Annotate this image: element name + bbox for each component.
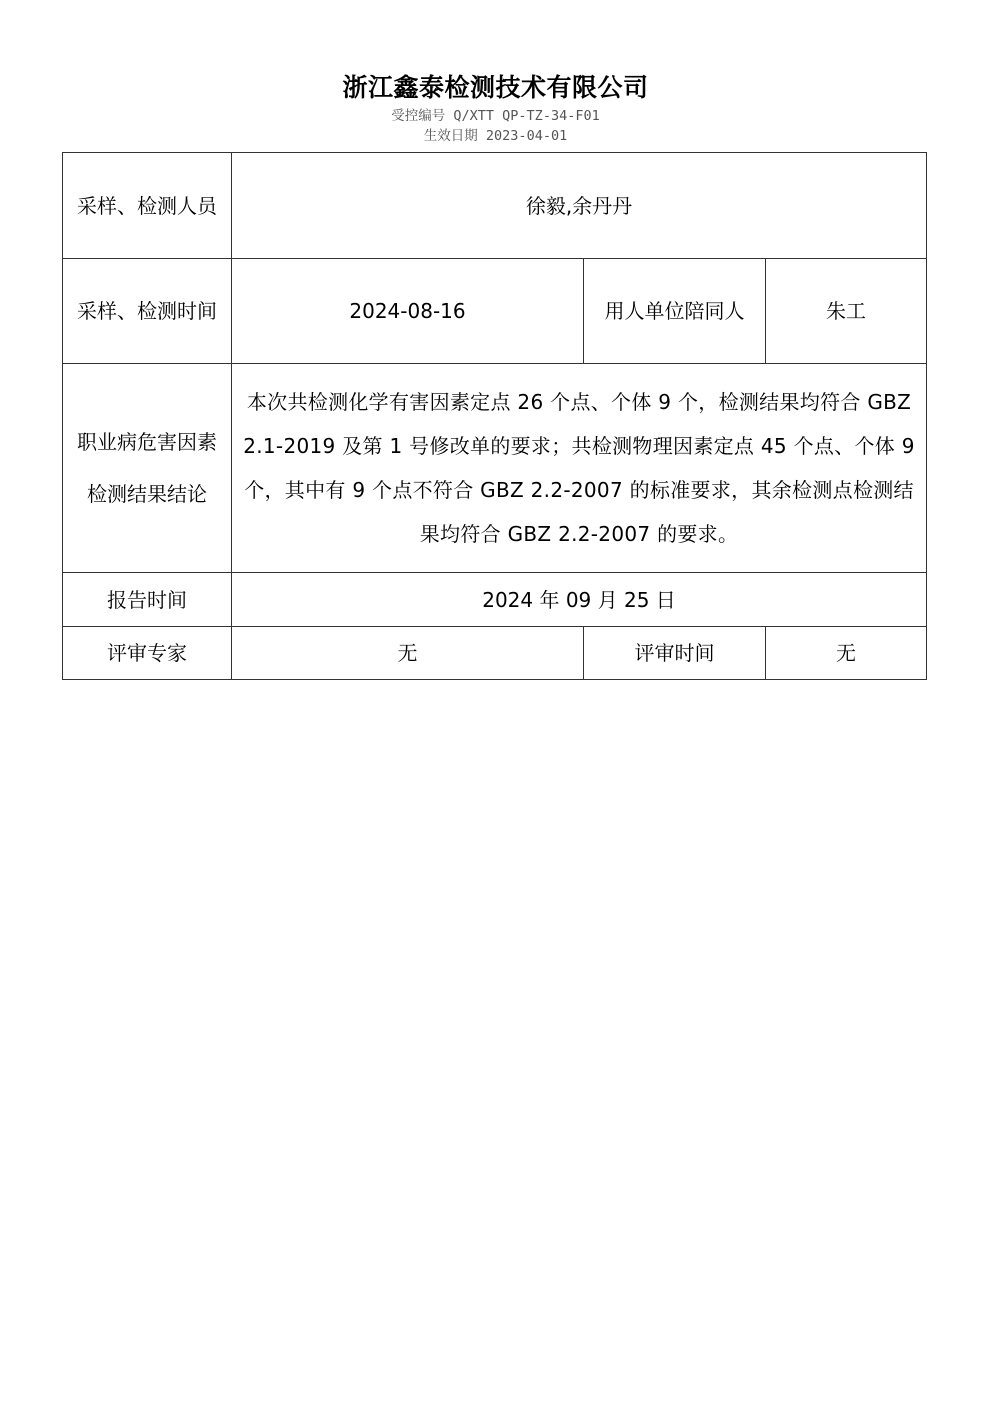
inspection-info-table: 采样、检测人员 徐毅,余丹丹 采样、检测时间 2024-08-16 用人单位陪同… — [62, 152, 927, 680]
conclusion-text: 本次共检测化学有害因素定点 26 个点、个体 9 个，检测结果均符合 GBZ 2… — [232, 364, 927, 573]
document-header: 浙江鑫泰检测技术有限公司 受控编号 Q/XTT QP-TZ-34-F01 生效日… — [0, 70, 991, 146]
personnel-value: 徐毅,余丹丹 — [232, 153, 927, 259]
control-number: 受控编号 Q/XTT QP-TZ-34-F01 — [0, 106, 991, 126]
sampling-time-label: 采样、检测时间 — [63, 259, 232, 364]
company-title: 浙江鑫泰检测技术有限公司 — [0, 70, 991, 106]
row-sampling-time: 采样、检测时间 2024-08-16 用人单位陪同人 朱工 — [63, 259, 927, 364]
effective-date: 生效日期 2023-04-01 — [0, 126, 991, 146]
review-expert-value: 无 — [232, 627, 584, 680]
sampling-time-value: 2024-08-16 — [232, 259, 584, 364]
review-expert-label: 评审专家 — [63, 627, 232, 680]
row-report-time: 报告时间 2024 年 09 月 25 日 — [63, 573, 927, 627]
companion-value: 朱工 — [766, 259, 927, 364]
personnel-label: 采样、检测人员 — [63, 153, 232, 259]
review-time-label: 评审时间 — [584, 627, 766, 680]
report-time-value: 2024 年 09 月 25 日 — [232, 573, 927, 627]
report-time-label: 报告时间 — [63, 573, 232, 627]
row-review: 评审专家 无 评审时间 无 — [63, 627, 927, 680]
companion-label: 用人单位陪同人 — [584, 259, 766, 364]
review-time-value: 无 — [766, 627, 927, 680]
row-personnel: 采样、检测人员 徐毅,余丹丹 — [63, 153, 927, 259]
conclusion-label: 职业病危害因素检测结果结论 — [63, 364, 232, 573]
row-conclusion: 职业病危害因素检测结果结论 本次共检测化学有害因素定点 26 个点、个体 9 个… — [63, 364, 927, 573]
